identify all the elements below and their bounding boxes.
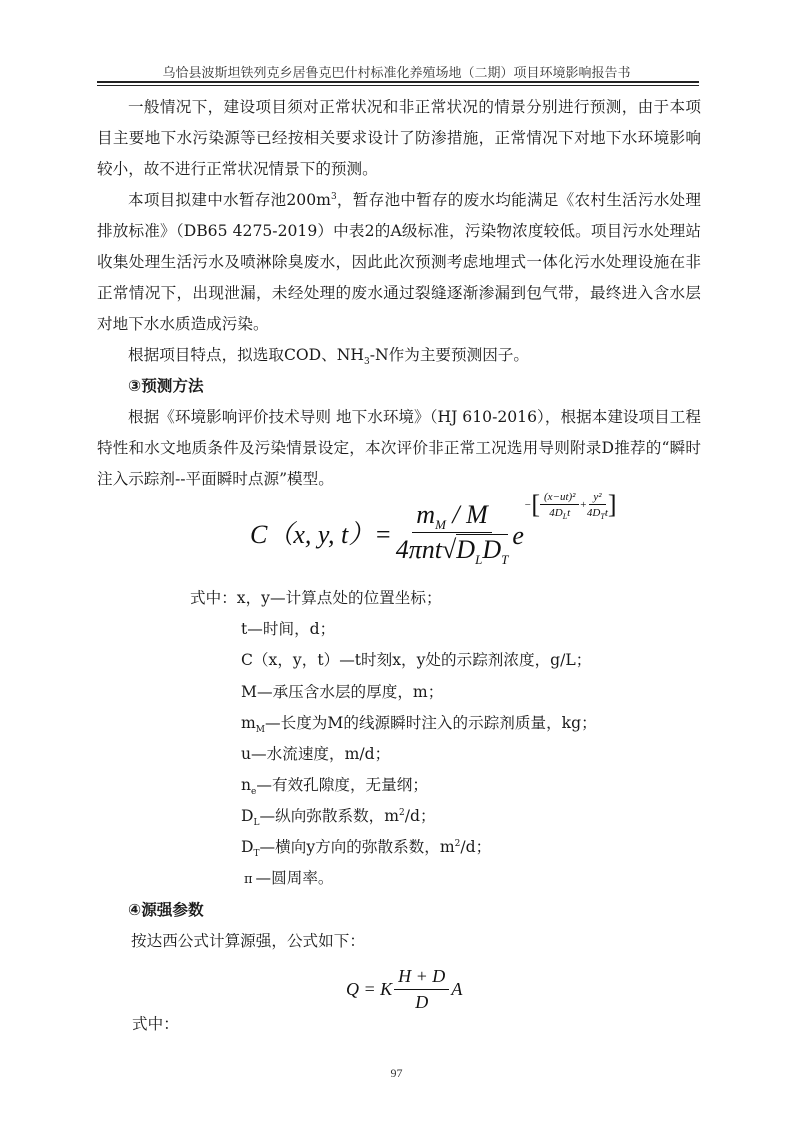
definition-item: π—圆周率。 bbox=[244, 868, 334, 890]
def-text: —t时刻x，y处的示踪剂浓度，g/L； bbox=[339, 651, 591, 669]
formula2-denominator: D bbox=[415, 990, 428, 1013]
header-rule-thick bbox=[97, 81, 699, 83]
section-heading-source-strength: ④源强参数 bbox=[128, 900, 204, 920]
def-sub: M bbox=[256, 725, 265, 735]
formula1-num-sub: M bbox=[435, 517, 446, 532]
formula1-dl: D bbox=[456, 535, 475, 564]
paragraph-darcy-intro: 按达西公式计算源强，公式如下： bbox=[131, 931, 365, 951]
paragraph-model-selection: 根据《环境影响评价技术导则 地下水环境》（HJ 610-2016），根据本建设项… bbox=[97, 402, 701, 495]
def-symbol: n bbox=[241, 776, 251, 794]
paragraph-abnormal-scenario: 本项目拟建中水暂存池200m3，暂存池中暂存的废水均能满足《农村生活污水处理排放… bbox=[97, 185, 701, 340]
formula1-num-m: m bbox=[416, 500, 435, 529]
def-symbol: C（x，y，t） bbox=[241, 651, 339, 669]
definition-item: 式中：x，y—计算点处的位置坐标； bbox=[190, 588, 442, 608]
def-text: —纵向弥散系数，m bbox=[260, 807, 400, 825]
formula1-exp-t1-num: (x−ut)² bbox=[540, 491, 580, 505]
formula1-numerator: mM / M bbox=[412, 500, 492, 533]
formula1-dt-sub: T bbox=[501, 552, 508, 567]
formula1-exp-term1: (x−ut)²4DLt bbox=[540, 491, 580, 519]
formula1-exp-t2-den: 4DTt bbox=[587, 505, 608, 519]
formula1-bracket-right: ] bbox=[608, 490, 617, 520]
formula1-exp-t2-den-a: 4D bbox=[587, 507, 600, 519]
definition-item: DT—横向y方向的弥散系数，m2/d； bbox=[241, 837, 491, 857]
definition-item: u—水流速度，m/d； bbox=[241, 744, 390, 764]
page-number: 97 bbox=[0, 1066, 793, 1081]
definition-item: ne—有效孔隙度，无量纲； bbox=[241, 775, 428, 795]
definitions-intro: 式中： bbox=[190, 589, 237, 607]
formula-instant-point-source: C（x, y, t）= mM / M 4πnt√DLDT e − [ (x−ut… bbox=[250, 500, 617, 565]
paragraph-normal-conditions: 一般情况下，建设项目须对正常状况和非正常状况的情景分别进行预测，由于本项目主要地… bbox=[97, 92, 701, 185]
definition-item: mM—长度为M的线源瞬时注入的示踪剂质量，kg； bbox=[241, 713, 597, 733]
formula2-numerator: H + D bbox=[394, 966, 449, 990]
formula1-exp-minus: − bbox=[524, 499, 531, 511]
paragraph-prediction-factors: 根据项目特点，拟选取COD、NH3-N作为主要预测因子。 bbox=[97, 340, 701, 371]
header-double-rule bbox=[97, 81, 699, 86]
def-text: —水流速度，m/d； bbox=[251, 745, 390, 763]
def-symbol: m bbox=[241, 714, 256, 732]
formula1-exp-term2: y²4DTt bbox=[587, 491, 608, 519]
document-title: 乌恰县波斯坦铁列克乡居鲁克巴什村标准化养殖场地（二期）项目环境影响报告书 bbox=[0, 62, 793, 81]
def-text-b: /d； bbox=[460, 838, 491, 856]
formula1-radicand: DLDT bbox=[456, 534, 508, 564]
formula1-lhs: C（x, y, t）= bbox=[250, 514, 392, 551]
formula2-fraction: H + D D bbox=[394, 966, 449, 1013]
formula-darcy: Q = K H + D D A bbox=[346, 966, 462, 1013]
def-text: —长度为M的线源瞬时注入的示踪剂质量，kg； bbox=[265, 714, 597, 732]
def-symbol: π bbox=[244, 872, 253, 887]
def-text: —计算点处的位置坐标； bbox=[270, 589, 442, 607]
formula1-exp-t1-den: 4DLt bbox=[549, 505, 570, 519]
formula1-num-rest: / M bbox=[446, 500, 488, 529]
formula1-den-a: 4πnt√ bbox=[396, 535, 457, 564]
definition-item: DL—纵向弥散系数，m2/d； bbox=[241, 806, 436, 826]
header-rule-thin bbox=[97, 85, 699, 86]
def-text: —时间，d； bbox=[247, 620, 335, 638]
def-text-b: /d； bbox=[405, 807, 436, 825]
formula1-exp-plus: + bbox=[579, 499, 586, 511]
p2-text-b: ，暂存池中暂存的废水均能满足《农村生活污水处理排放标准》（DB65 4275-2… bbox=[97, 191, 701, 333]
definition-item: C（x，y，t）—t时刻x，y处的示踪剂浓度，g/L； bbox=[241, 650, 591, 670]
formula1-exp-t2-num: y² bbox=[589, 491, 605, 505]
def-text: —承压含水层的厚度，m； bbox=[257, 683, 443, 701]
paragraph-where: 式中： bbox=[132, 1014, 179, 1034]
def-text: —横向y方向的弥散系数，m bbox=[260, 838, 455, 856]
def-symbol: M bbox=[241, 683, 257, 701]
def-symbol: D bbox=[241, 838, 254, 856]
formula1-denominator: 4πnt√DLDT bbox=[396, 533, 509, 565]
def-text: —圆周率。 bbox=[256, 869, 334, 887]
formula2-lhs: Q = K bbox=[346, 979, 392, 1000]
formula1-exp-t1-den-t: t bbox=[567, 507, 570, 519]
def-symbol: u bbox=[241, 745, 251, 763]
definition-item: M—承压含水层的厚度，m； bbox=[241, 682, 443, 702]
formula1-dt: D bbox=[482, 535, 501, 564]
p3-text-a: 根据项目特点，拟选取COD、NH bbox=[128, 346, 364, 364]
definition-item: t—时间，d； bbox=[241, 619, 335, 639]
formula2-rhs: A bbox=[451, 979, 462, 1000]
section-heading-prediction-method: ③预测方法 bbox=[97, 371, 701, 402]
def-symbol: D bbox=[241, 807, 254, 825]
formula1-bracket-left: [ bbox=[531, 490, 540, 520]
formula1-exp-t1-den-a: 4D bbox=[549, 507, 562, 519]
formula1-exp-base: e bbox=[512, 521, 524, 551]
p2-text-a: 本项目拟建中水暂存池200m bbox=[128, 191, 331, 209]
def-symbol: x，y bbox=[237, 589, 270, 607]
def-text: —有效孔隙度，无量纲； bbox=[256, 776, 428, 794]
p3-text-b: -N作为主要预测因子。 bbox=[370, 346, 529, 364]
formula1-exponent: − [ (x−ut)²4DLt + y²4DTt ] bbox=[524, 490, 617, 520]
formula1-fraction: mM / M 4πnt√DLDT bbox=[396, 500, 509, 565]
